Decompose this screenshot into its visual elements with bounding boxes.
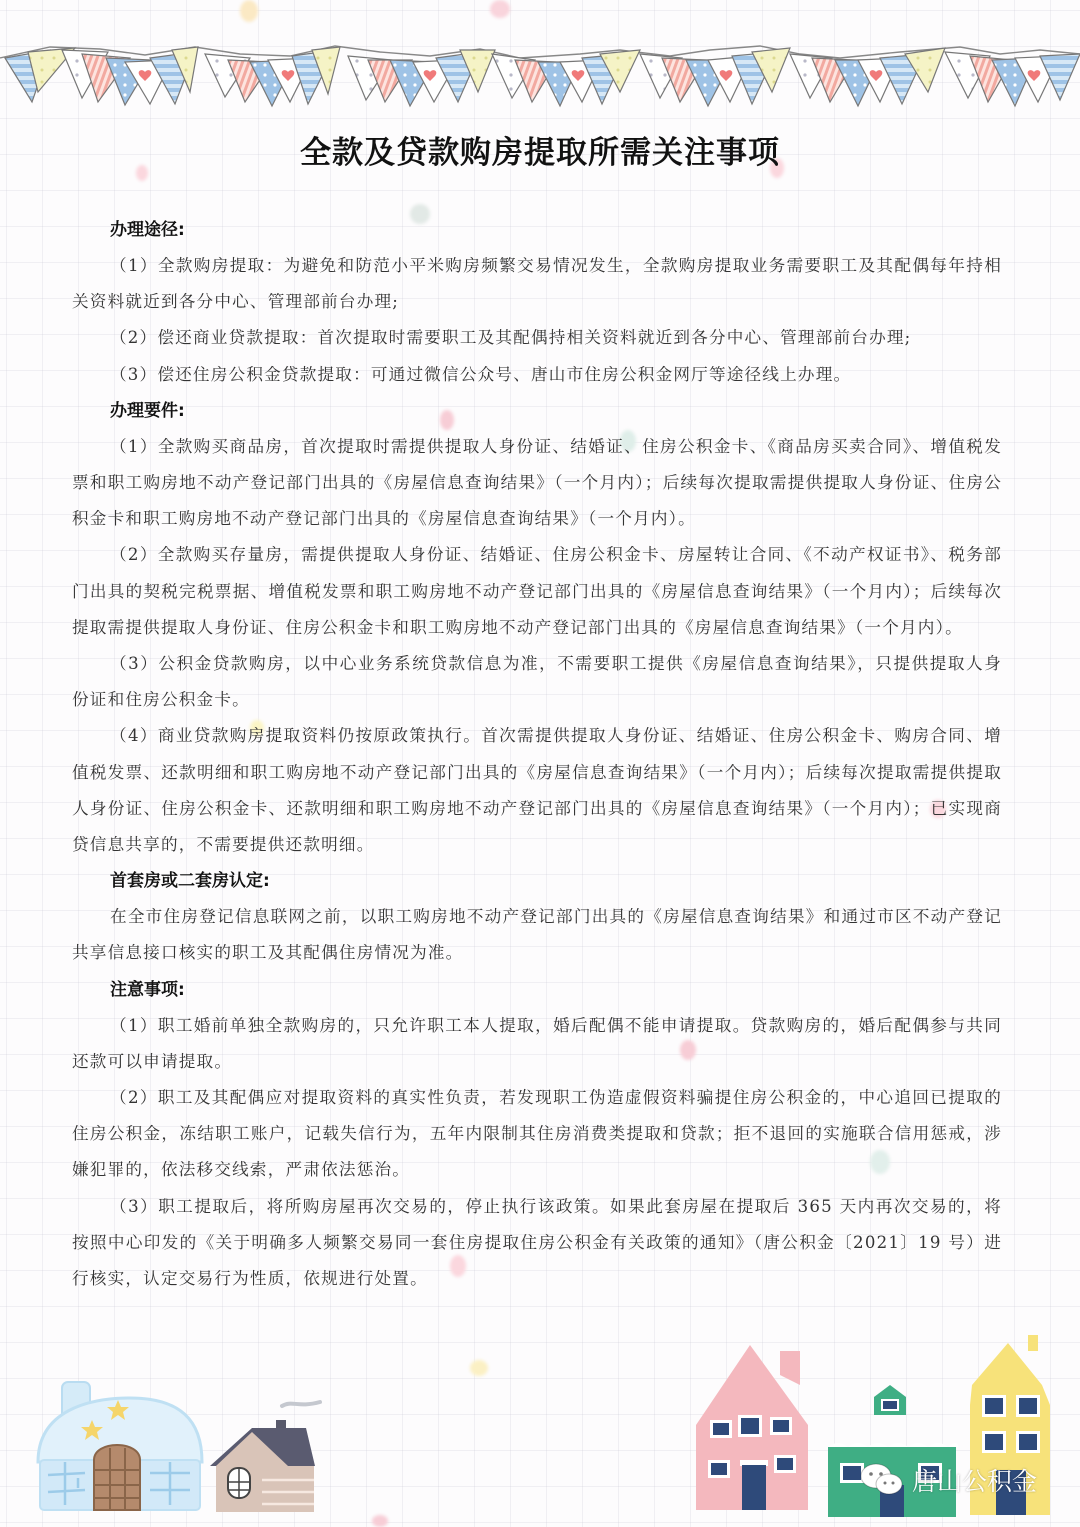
paragraph: （2）职工及其配偶应对提取资料的真实性负责，若发现职工伪造虚假资料骗提住房公积金… — [72, 1080, 1002, 1189]
page-title: 全款及贷款购房提取所需关注事项 — [0, 127, 1080, 172]
paragraph: 在全市住房登记信息联网之前，以职工购房地不动产登记部门出具的《房屋信息查询结果》… — [72, 899, 1002, 971]
decorative-dot — [372, 1515, 388, 1527]
houses-illustration-right — [690, 1335, 1080, 1527]
bunting-garland-decoration — [0, 40, 1080, 110]
paragraph: （2）全款购买存量房，需提供提取人身份证、结婚证、住房公积金卡、房屋转让合同、《… — [72, 537, 1002, 646]
paragraph: （4）商业贷款购房提取资料仍按原政策执行。首次需提供提取人身份证、结婚证、住房公… — [72, 718, 1002, 863]
account-watermark: 唐山公积金 — [858, 1462, 1037, 1498]
decorative-dot — [490, 0, 510, 18]
wechat-icon — [858, 1462, 908, 1498]
paragraph: （3）公积金贷款购房，以中心业务系统贷款信息为准，不需要职工提供《房屋信息查询结… — [72, 646, 1002, 718]
section-processing-channels: 办理途径: （1）全款购房提取：为避免和防范小平米购房频繁交易情况发生，全款购房… — [72, 212, 1002, 393]
watermark-text: 唐山公积金 — [912, 1462, 1037, 1498]
paragraph: （3）偿还住房公积金贷款提取：可通过微信公众号、唐山市住房公积金网厅等途径线上办… — [72, 357, 1002, 393]
section-heading: 办理要件: — [72, 393, 1002, 429]
paragraph: （3）职工提取后，将所购房屋再次交易的，停止执行该政策。如果此套房屋在提取后 3… — [72, 1189, 1002, 1298]
pink-house-icon — [696, 1345, 808, 1510]
paragraph: （1）全款购房提取：为避免和防范小平米购房频繁交易情况发生，全款购房提取业务需要… — [72, 248, 1002, 320]
decorative-dot — [240, 0, 258, 22]
houses-illustration-left — [30, 1370, 330, 1520]
section-heading: 首套房或二套房认定: — [72, 863, 1002, 899]
paragraph: （1）全款购买商品房，首次提取时需提供提取人身份证、结婚证、住房公积金卡、《商品… — [72, 429, 1002, 538]
document-body: 办理途径: （1）全款购房提取：为避免和防范小平米购房频繁交易情况发生，全款购房… — [72, 212, 1002, 1297]
section-notes: 注意事项: （1）职工婚前单独全款购房的，只允许职工本人提取，婚后配偶不能申请提… — [72, 972, 1002, 1298]
paragraph: （2）偿还商业贷款提取：首次提取时需要职工及其配偶持相关资料就近到各分中心、管理… — [72, 320, 1002, 356]
section-heading: 办理途径: — [72, 212, 1002, 248]
section-first-second-home: 首套房或二套房认定: 在全市住房登记信息联网之前，以职工购房地不动产登记部门出具… — [72, 863, 1002, 971]
section-heading: 注意事项: — [72, 972, 1002, 1008]
section-required-documents: 办理要件: （1）全款购买商品房，首次提取时需提供提取人身份证、结婚证、住房公积… — [72, 393, 1002, 863]
igloo-house-icon — [38, 1382, 202, 1510]
paragraph: （1）职工婚前单独全款购房的，只允许职工本人提取，婚后配偶不能申请提取。贷款购房… — [72, 1008, 1002, 1080]
decorative-dot — [470, 1360, 488, 1376]
cottage-house-icon — [210, 1402, 320, 1512]
